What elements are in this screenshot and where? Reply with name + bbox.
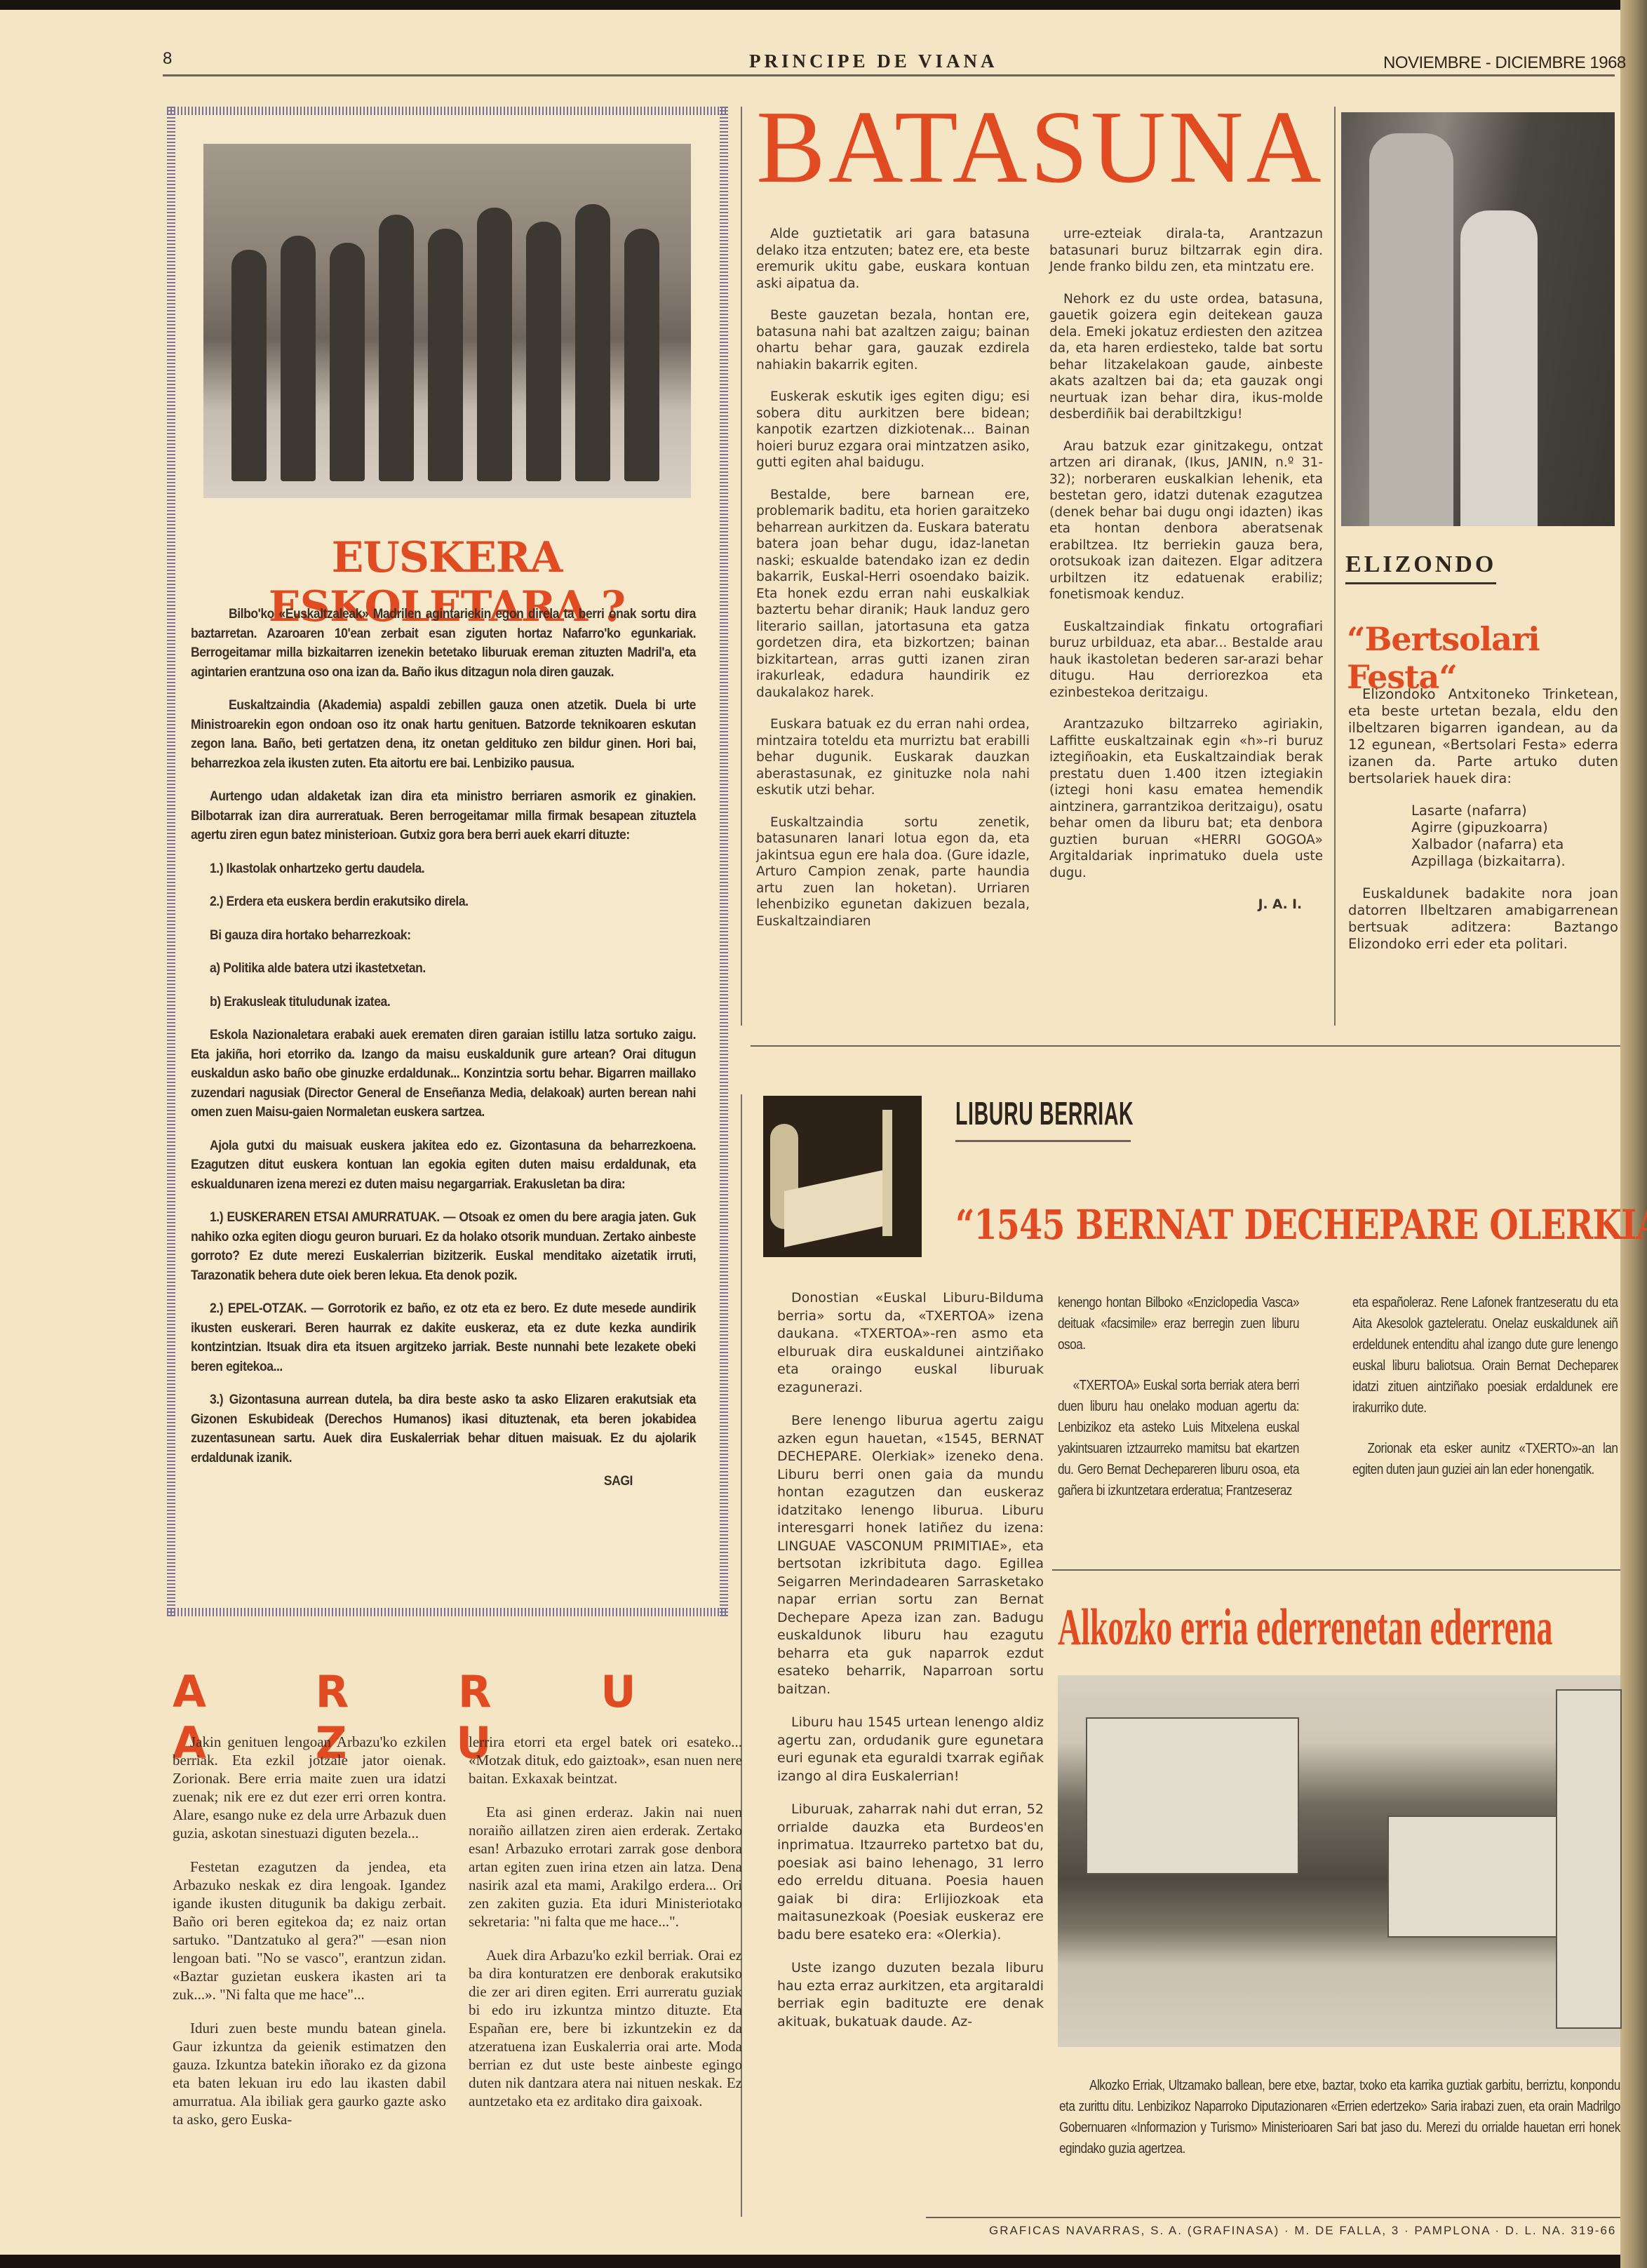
euskera-paragraph: Euskaltzaindia (Akademia) aspaldi zebill… (191, 696, 696, 773)
alkoz-village-photo (1058, 1675, 1620, 2047)
liburu-column-3: eta españoleraz. Rene Lafonek frantzeser… (1352, 1292, 1618, 1500)
section-title-rule (955, 1140, 1131, 1142)
euskera-body: Bilbo'ko «Euskaltzaleak» Madrilen aginta… (191, 605, 696, 1505)
batasuna-paragraph: Euskara batuak ez du erran nahi ordea, m… (756, 716, 1030, 799)
alkoz-paragraph: Alkozko Erriak, Ultzamako ballean, bere … (1059, 2075, 1620, 2159)
batasuna-paragraph: Euskaltzaindiak finkatu ortografiari bur… (1049, 619, 1323, 702)
liburu-paragraph: Uste izango duzuten bezala liburu hau ez… (777, 1959, 1044, 2031)
arruazu-column-1: Jakin genituen lengoan Arbazu'ko ezkilen… (173, 1733, 446, 2144)
needs-intro: Bi gauza dira hortako beharrezkoak: (191, 926, 696, 946)
batasuna-column-2: urre-ezteiak dirala-ta, Arantzazun batas… (1049, 226, 1323, 929)
news-item: 1.) Ikastolak onhartzeko gertu daudela. (191, 859, 696, 879)
batasuna-paragraph: Arau batzuk ezar ginitzakegu, ontzat art… (1049, 438, 1323, 603)
elizondo-body: Elizondoko Antxitoneko Trinketean, eta b… (1348, 686, 1618, 968)
liburu-paragraph: eta españoleraz. Rene Lafonek frantzeser… (1352, 1292, 1618, 1418)
news-item: 2.) Erdera eta euskera berdin erakutsiko… (191, 892, 696, 912)
arruazu-paragraph: Auek dira Arbazu'ko ezkil berriak. Orai … (469, 1946, 742, 2110)
liburu-paragraph: Bere lenengo liburua agertu zaigu azken … (777, 1412, 1044, 1698)
footer-rule (926, 2217, 1620, 2218)
euskera-paragraph: 2.) EPEL-OTZAK. — Gorrotorik ez baño, ez… (191, 1299, 696, 1376)
issue-date: NOVIEMBRE - DICIEMBRE 1968 (1383, 53, 1626, 73)
batasuna-paragraph: Euskerak eskutik iges egiten digu; esi s… (756, 389, 1030, 471)
euskera-paragraph: Aurtengo udan aldaketak izan dira eta mi… (191, 787, 696, 845)
page-number: 8 (163, 49, 172, 69)
column-divider (1334, 107, 1336, 1026)
euskera-paragraph: Bilbo'ko «Euskaltzaleak» Madrilen aginta… (191, 605, 696, 682)
batasuna-paragraph: Euskaltzaindia sortu zenetik, batasunare… (756, 814, 1030, 930)
euskera-paragraph: 1.) EUSKERAREN ETSAI AMURRATUAK. — Otsoa… (191, 1208, 696, 1285)
alkoz-body: Alkozko Erriak, Ultzamako ballean, bere … (1059, 2075, 1620, 2159)
bertsolari-name: Agirre (gipuzkoarra) (1348, 819, 1618, 836)
euskera-signature: SAGI (191, 1472, 696, 1491)
alkoz-headline: Alkozko erria ederrenetan ederrena (1058, 1598, 1552, 1658)
liburu-paragraph: Liburuak, zaharrak nahi dut erran, 52 or… (777, 1801, 1044, 1944)
arruazu-paragraph: Jakin genituen lengoan Arbazu'ko ezkilen… (173, 1733, 446, 1842)
batasuna-signature: J. A. I. (1049, 897, 1323, 913)
arruazu-paragraph: Iduri zuen beste mundu batean ginela. Ga… (173, 2019, 446, 2128)
bertsolari-stage-photo (1341, 112, 1615, 526)
arruazu-column-2: lerrira etorri eta ergel batek ori esate… (469, 1733, 742, 2126)
bertsolari-name: Azpillaga (bizkaitarra). (1348, 853, 1618, 870)
batasuna-paragraph: Nehork ez du uste ordea, batasuna, gauet… (1049, 291, 1323, 423)
needs-item: b) Erakusleak tituludunak izatea. (191, 993, 696, 1012)
elizondo-headline: “Bertsolari Festa“ (1347, 620, 1647, 696)
liburu-paragraph: Donostian «Euskal Liburu-Bilduma berria»… (777, 1289, 1044, 1397)
arruazu-paragraph: Festetan ezagutzen da jendea, eta Arbazu… (173, 1858, 446, 2004)
elizondo-kicker: ELIZONDO (1345, 551, 1496, 584)
schoolchildren-photo (203, 144, 691, 498)
batasuna-headline: BATASUNA (756, 98, 1324, 196)
section-rule (751, 1045, 1620, 1047)
liburu-column-2: kenengo hontan Bilboko «Enziclopedia Vas… (1058, 1292, 1299, 1521)
header-rule (163, 74, 1615, 76)
section-rule (1052, 1569, 1620, 1571)
elizondo-paragraph: Elizondoko Antxitoneko Trinketean, eta b… (1348, 686, 1618, 787)
batasuna-paragraph: Arantzazuko biltzarreko agiriakin, Laffi… (1049, 716, 1323, 881)
batasuna-column-1: Alde guztietatik ari gara batasuna delak… (756, 226, 1030, 945)
elizondo-paragraph: Euskaldunek badakite nora joan datorren … (1348, 885, 1618, 953)
euskera-paragraph: Eskola Nazionaletara erabaki auek eremat… (191, 1026, 696, 1122)
liburu-column-1: Donostian «Euskal Liburu-Bilduma berria»… (777, 1289, 1044, 2046)
batasuna-paragraph: urre-ezteiak dirala-ta, Arantzazun batas… (1049, 226, 1323, 276)
page-edge (1620, 0, 1647, 2268)
publication-name: PRINCIPE DE VIANA (749, 51, 998, 72)
liburu-paragraph: Liburu hau 1545 urtean lenengo aldiz age… (777, 1714, 1044, 1785)
batasuna-paragraph: Beste gauzetan bezala, hontan ere, batas… (756, 307, 1030, 373)
bertsolari-name: Lasarte (nafarra) (1348, 803, 1618, 819)
batasuna-paragraph: Alde guztietatik ari gara batasuna delak… (756, 226, 1030, 292)
printer-imprint: GRAFICAS NAVARRAS, S. A. (GRAFINASA) · M… (989, 2224, 1616, 2238)
liburu-paragraph: «TXERTOA» Euskal sorta berriak atera ber… (1058, 1375, 1299, 1501)
book-woodcut-illustration (763, 1096, 922, 1257)
liburu-paragraph: kenengo hontan Bilboko «Enziclopedia Vas… (1058, 1292, 1299, 1355)
liburu-section-title: LIBURU BERRIAK (955, 1094, 1134, 1132)
needs-item: a) Politika alde batera utzi ikastetxeta… (191, 959, 696, 979)
liburu-paragraph: Zorionak eta esker aunitz «TXERTO»-an la… (1352, 1438, 1618, 1480)
dechepare-headline: “1545 BERNAT DECHEPARE OLERKIAK” (955, 1201, 1647, 1249)
column-divider (741, 107, 742, 1026)
arruazu-paragraph: Eta asi ginen erderaz. Jakin nai nuen no… (469, 1803, 742, 1931)
arruazu-paragraph: lerrira etorri eta ergel batek ori esate… (469, 1733, 742, 1787)
euskera-paragraph: 3.) Gizontasuna aurrean dutela, ba dira … (191, 1390, 696, 1468)
batasuna-paragraph: Bestalde, bere barnean ere, problemarik … (756, 487, 1030, 702)
euskera-paragraph: Ajola gutxi du maisuak euskera jakitea e… (191, 1136, 696, 1195)
bertsolari-name: Xalbador (nafarra) eta (1348, 836, 1618, 853)
